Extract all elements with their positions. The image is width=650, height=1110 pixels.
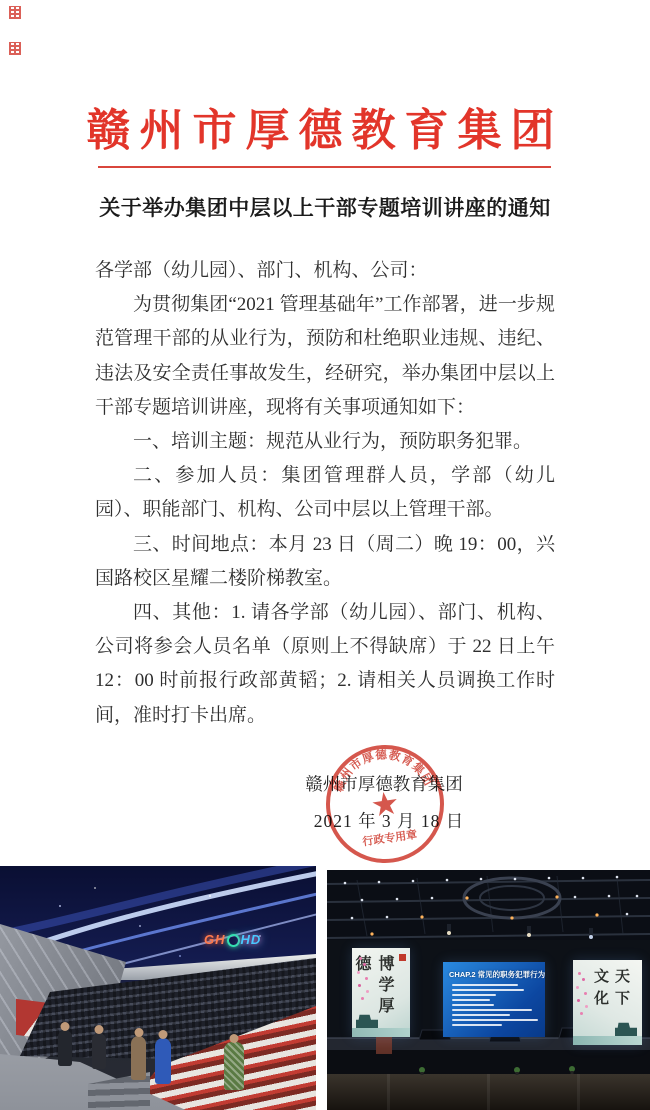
paragraph-intro: 为贯彻集团“2021 管理基础年”工作部署，进一步规范管理干部的从业行为，预防和… [95, 288, 555, 425]
notice-subject: 关于举办集团中层以上干部专题培训讲座的通知 [0, 192, 650, 222]
letterhead-title: 赣州市厚德教育集团 [0, 94, 650, 158]
audience-member-green-sweater [224, 1042, 244, 1090]
slide-bullet-lines [452, 984, 545, 1026]
paragraph-item-4: 四、其他：1. 请各学部（幼儿园）、部门、机构、公司将参会人员名单（原则上不得缺… [95, 596, 555, 733]
watercolor-wash [573, 1036, 642, 1045]
calligraphy-seal-icon [399, 954, 406, 961]
audience-member-blue-coat [155, 1038, 171, 1084]
paragraph-item-3: 三、时间地点：本月 23 日（周二）晚 19：00，兴国路校区星耀二楼阶梯教室。 [95, 528, 555, 596]
stage-right-banner-screen: 天下文化 [573, 960, 642, 1045]
audience-member-tan-coat [131, 1036, 146, 1080]
right-banner-calligraphy: 天下文化 [590, 968, 632, 1028]
audience-member [58, 1030, 72, 1066]
slide-title: CHAP.2 常见的职务犯罪行为 [449, 969, 542, 980]
paragraph-item-2: 二、参加人员：集团管理群人员，学部（幼儿园）、职能部门、机构、公司中层以上管理干… [95, 459, 555, 527]
watercolor-wash [352, 1028, 410, 1037]
salutation: 各学部（幼儿园）、部门、机构、公司： [95, 254, 555, 288]
stage-left-banner-screen: 博学厚德 [352, 948, 410, 1037]
seal-star-icon: ★ [368, 783, 402, 825]
notice-body: 各学部（幼儿园）、部门、机构、公司： 为贯彻集团“2021 管理基础年”工作部署… [95, 254, 555, 733]
neon-sign-prefix: GH [204, 932, 226, 947]
neon-sign-main: HD [241, 932, 262, 947]
photo-auditorium: GHHD [0, 866, 316, 1110]
letterhead-divider [98, 166, 551, 168]
neon-sign: GHHD [204, 932, 261, 947]
corner-stamp-mark [9, 6, 21, 19]
photo-stage: 博学厚德 CHAP.2 常见的职务犯罪行为 天下文化 [327, 870, 650, 1110]
stage-center-screen: CHAP.2 常见的职务犯罪行为 [443, 962, 545, 1037]
neon-swirl-icon [227, 934, 240, 947]
blossom-branch-icon [578, 972, 581, 975]
seal-bottom-text: 行政专用章 [362, 827, 418, 849]
paragraph-item-1: 一、培训主题：规范从业行为，预防职务犯罪。 [95, 425, 555, 459]
notice-page: 赣州市厚德教育集团 关于举办集团中层以上干部专题培训讲座的通知 各学部（幼儿园）… [0, 0, 650, 1110]
official-seal: 赣州市厚德教育集团 ★ 行政专用章 [309, 728, 460, 879]
corner-stamp-mark [9, 42, 21, 55]
blossom-branch-icon [359, 957, 362, 960]
audience-member [92, 1033, 106, 1069]
